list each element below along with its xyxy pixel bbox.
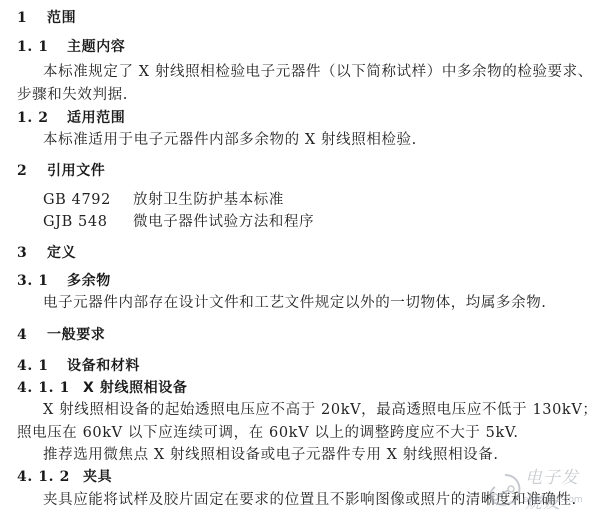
section-title: X 射线照相设备: [83, 380, 187, 396]
section-4-1-2-heading: 4. 1. 2夹具: [17, 468, 112, 486]
reference-code: GJB 548: [43, 213, 133, 231]
watermark: 电子发烧友 elecfans.com: [485, 463, 589, 518]
section-title: 范围: [47, 10, 76, 26]
elecfans-logo-icon: [485, 471, 525, 511]
section-title: 主题内容: [67, 39, 125, 55]
section-1-2-paragraph: 本标准适用于电子元器件内部多余物的 X 射线照相检验.: [43, 131, 417, 149]
section-3-1-paragraph: 电子元器件内部存在设计文件和工艺文件规定以外的一切物体，均属多余物.: [43, 294, 547, 312]
section-1-2-heading: 1. 2适用范围: [17, 109, 125, 127]
section-number: 2: [17, 162, 47, 180]
section-number: 3: [17, 244, 47, 262]
section-number: 4. 1: [17, 357, 67, 375]
section-3-heading: 3定义: [17, 244, 76, 262]
section-4-1-1-paragraph-line-1: X 射线照相设备的起始透照电压应不高于 20kV，最高透照电压应不低于 130k…: [43, 401, 589, 419]
reference-title: 微电子器件试验方法和程序: [133, 214, 314, 230]
section-number: 4: [17, 326, 47, 344]
section-number: 3. 1: [17, 272, 67, 290]
section-number: 1. 1: [17, 38, 67, 56]
watermark-text-cn: 电子发烧友: [525, 463, 589, 513]
section-number: 4. 1. 2: [17, 468, 83, 486]
reference-title: 放射卫生防护基本标准: [133, 192, 284, 208]
section-2-heading: 2引用文件: [17, 162, 105, 180]
reference-gb-4792: GB 4792放射卫生防护基本标准: [43, 191, 284, 209]
section-title: 引用文件: [47, 163, 105, 179]
section-title: 设备和材料: [67, 358, 140, 374]
section-title: 适用范围: [67, 110, 125, 126]
section-number: 1. 2: [17, 109, 67, 127]
section-number: 1: [17, 9, 47, 27]
section-1-1-paragraph-line-1: 本标准规定了 X 射线照相检验电子元器件（以下简称试样）中多余物的检验要求、: [43, 63, 589, 81]
section-title: 多余物: [67, 273, 111, 289]
section-4-1-1-heading: 4. 1. 1X 射线照相设备: [17, 379, 187, 397]
section-4-1-1-paragraph-line-2: 照电压在 60kV 以下应连续可调，在 60kV 以上的调整跨度应不大于 5kV…: [17, 424, 519, 442]
section-4-1-1-paragraph-2: 推荐选用微焦点 X 射线照相设备或电子元器件专用 X 射线照相设备.: [43, 446, 499, 464]
document-page: 1范围 1. 1主题内容 本标准规定了 X 射线照相检验电子元器件（以下简称试样…: [0, 0, 589, 520]
section-title: 夹具: [83, 469, 112, 485]
section-4-heading: 4一般要求: [17, 326, 105, 344]
section-1-1-heading: 1. 1主题内容: [17, 38, 125, 56]
section-title: 定义: [47, 245, 76, 261]
reference-code: GB 4792: [43, 191, 133, 209]
section-title: 一般要求: [47, 327, 105, 343]
section-4-1-heading: 4. 1设备和材料: [17, 357, 140, 375]
section-1-1-paragraph-line-2: 步骤和失效判据.: [17, 86, 128, 104]
watermark-text-en: elecfans.com: [523, 495, 583, 505]
section-1-heading: 1范围: [17, 9, 76, 27]
section-3-1-heading: 3. 1多余物: [17, 272, 111, 290]
section-number: 4. 1. 1: [17, 379, 83, 397]
reference-gjb-548: GJB 548微电子器件试验方法和程序: [43, 213, 314, 231]
